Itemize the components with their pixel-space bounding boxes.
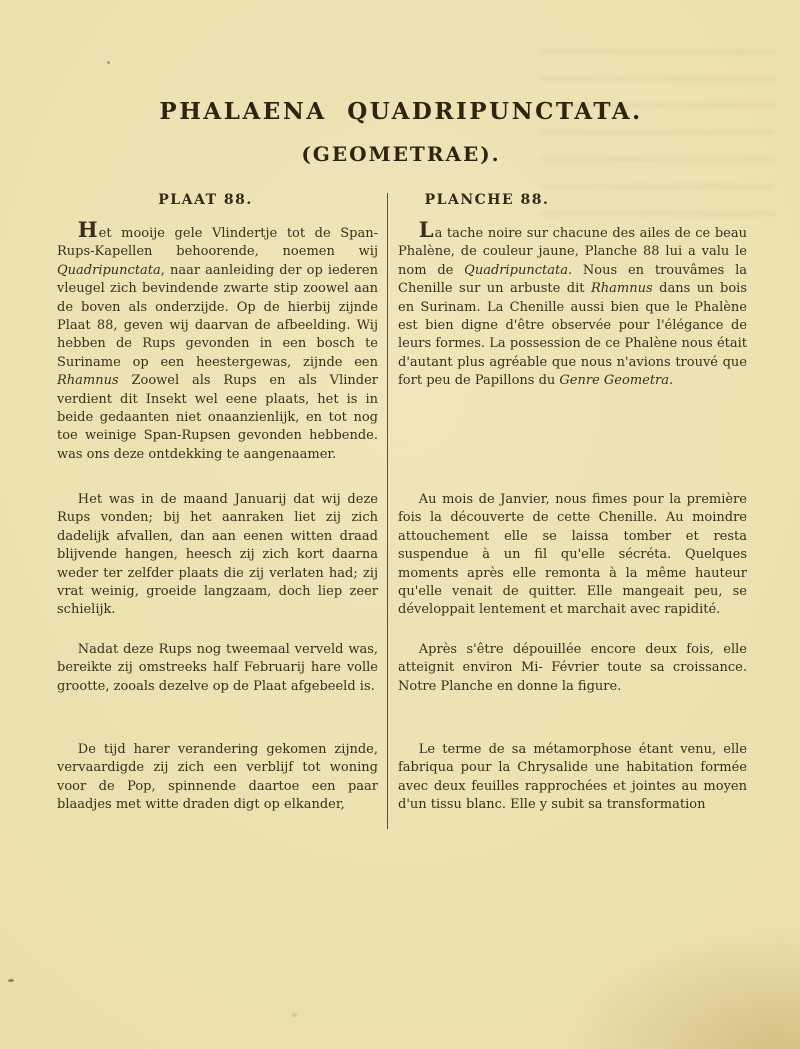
- text-segment: Au mois de Janvier, nous fimes pour la p…: [398, 492, 747, 617]
- text-segment: Le terme de sa métamorphose étant venu, …: [398, 742, 747, 812]
- text-segment: et mooije gele Vlindertje tot de Span-Ru…: [57, 226, 378, 259]
- page-subtitle: (GEOMETRAE).: [57, 142, 745, 166]
- left-column-dutch-text: Het mooije gele Vlindertje tot de Span-R…: [57, 219, 378, 815]
- text-segment: Après s'être dépouillée encore deux fois…: [398, 642, 747, 694]
- paragraph: Nadat deze Rups nog tweemaal verveld was…: [57, 641, 378, 741]
- paragraph: Au mois de Janvier, nous fimes pour la p…: [398, 491, 747, 641]
- text-segment: Genre Geometra: [559, 373, 669, 388]
- right-column-french-text: La tache noire sur chacune des ailes de …: [398, 219, 747, 815]
- paragraph: Het was in de maand Januarij dat wij dez…: [57, 491, 378, 641]
- text-segment: Rhamnus: [591, 281, 653, 296]
- text-segment: L: [419, 217, 435, 242]
- ink-speck: [8, 979, 14, 982]
- column-divider-rule: [387, 193, 388, 829]
- paragraph: De tijd harer verandering gekomen zijnde…: [57, 741, 378, 815]
- ink-speck: [292, 1013, 297, 1017]
- right-column-header: PLANCHE 88.: [398, 192, 576, 208]
- text-segment: Het was in de maand Januarij dat wij dez…: [57, 492, 378, 617]
- left-column-header: PLAAT 88.: [45, 192, 366, 208]
- text-segment: De tijd harer verandering gekomen zijnde…: [57, 742, 378, 812]
- text-segment: , naar aanleiding der op iederen vleugel…: [57, 263, 378, 370]
- two-column-text-block: PLAAT 88. PLANCHE 88. Het mooije gele Vl…: [57, 192, 745, 815]
- text-segment: H: [78, 217, 99, 242]
- scanned-book-page: PHALAENA QUADRIPUNCTATA. (GEOMETRAE). PL…: [0, 0, 800, 1049]
- page-title: PHALAENA QUADRIPUNCTATA.: [57, 98, 745, 125]
- paragraph: Après s'être dépouillée encore deux fois…: [398, 641, 747, 741]
- paragraph: Le terme de sa métamorphose étant venu, …: [398, 741, 747, 815]
- text-segment: .: [669, 373, 673, 388]
- text-segment: Nadat deze Rups nog tweemaal verveld was…: [57, 642, 378, 694]
- text-segment: Quadripunctata: [57, 263, 161, 278]
- paragraph: La tache noire sur chacune des ailes de …: [398, 219, 747, 491]
- paragraph: Het mooije gele Vlindertje tot de Span-R…: [57, 219, 378, 491]
- text-segment: Rhamnus: [57, 373, 119, 388]
- ink-speck: [107, 61, 110, 64]
- text-segment: Quadripunctata: [464, 263, 568, 278]
